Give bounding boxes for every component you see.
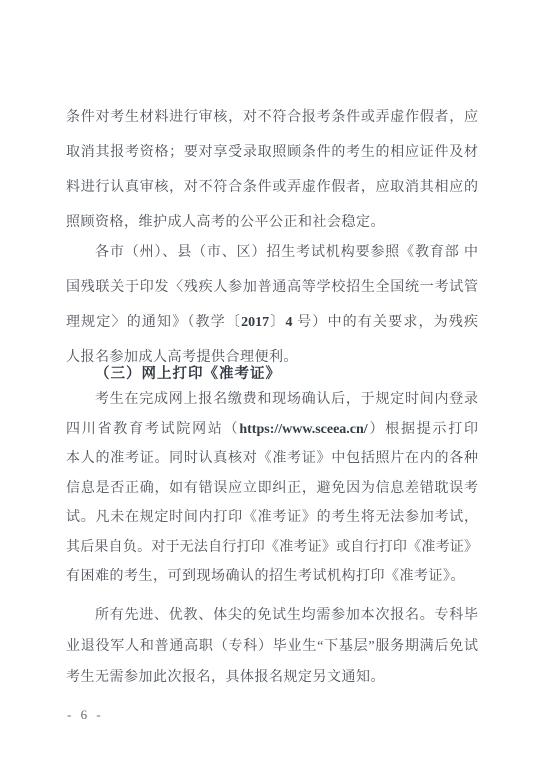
text-line: 试。凡未在规定时间内打印《准考证》的考生将无法参加考试， — [66, 503, 478, 533]
document-number-year: 2017 — [241, 315, 269, 330]
text-line: 有困难的考生，可到现场确认的招生考试机构打印《准考证》。 — [66, 562, 478, 592]
text-line: 条件对考生材料进行审核，对不符合报考条件或弄虚作假者，应 — [66, 100, 478, 135]
text-line: 业退役军人和普通高职（专科）毕业生“下基层”服务期满后免试 — [66, 631, 478, 662]
text-line: 其后果自负。对于无法自行打印《准考证》或自行打印《准考证》 — [66, 533, 478, 563]
paragraph-print-admission-ticket: 考生在完成网上报名缴费和现场确认后，于规定时间内登录 四川省教育考试院网站（ht… — [66, 385, 478, 592]
text-line: 料进行认真审核，对不符合条件或弄虚作假者，应取消其相应的 — [66, 170, 478, 205]
text-segment: ）根据提示打印 — [368, 422, 478, 437]
text-segment: 四川省教育考试院网站（ — [66, 422, 239, 437]
text-line: 信息是否正确，如有错误应立即纠正，避免因为信息差错耽误考 — [66, 474, 478, 504]
text-segment: 理规定〉的通知》（教学〔 — [66, 315, 241, 330]
text-segment: 号）中的有关要求，为残疾 — [292, 315, 478, 330]
paragraph-material-review: 条件对考生材料进行审核，对不符合报考条件或弄虚作假者，应 取消其报考资格；要对享… — [66, 100, 478, 240]
text-line: 考生在完成网上报名缴费和现场确认后，于规定时间内登录 — [66, 385, 478, 415]
text-line: 取消其报考资格；要对享受录取照顾条件的考生的相应证件及材 — [66, 135, 478, 170]
text-line: 各市（州）、县（市、区）招生考试机构要参照《教育部 中 — [66, 235, 478, 270]
text-line: 四川省教育考试院网站（https://www.sceea.cn/）根据提示打印 — [66, 415, 478, 445]
text-line: 理规定〉的通知》（教学〔2017〕4 号）中的有关要求，为残疾 — [66, 305, 478, 340]
website-url-text: https://www.sceea.cn/ — [239, 422, 367, 437]
text-segment: 〕 — [269, 315, 285, 330]
text-line: 所有先进、优教、体尖的免试生均需参加本次报名。专科毕 — [66, 600, 478, 631]
paragraph-exemption-registration: 所有先进、优教、体尖的免试生均需参加本次报名。专科毕 业退役军人和普通高职（专科… — [66, 600, 478, 693]
text-line: 国残联关于印发〈残疾人参加普通高等学校招生全国统一考试管 — [66, 270, 478, 305]
text-line: 考生无需参加此次报名，具体报名规定另文通知。 — [66, 662, 478, 693]
paragraph-disability-accommodation: 各市（州）、县（市、区）招生考试机构要参照《教育部 中 国残联关于印发〈残疾人参… — [66, 235, 478, 375]
section-heading-print-admission-ticket: （三）网上打印《准考证》 — [66, 362, 478, 386]
text-line: 本人的准考证。同时认真核对《准考证》中包括照片在内的各种 — [66, 444, 478, 474]
document-page: 条件对考生材料进行审核，对不符合报考条件或弄虚作假者，应 取消其报考资格；要对享… — [0, 0, 542, 768]
page-number: - 6 - — [67, 706, 104, 724]
